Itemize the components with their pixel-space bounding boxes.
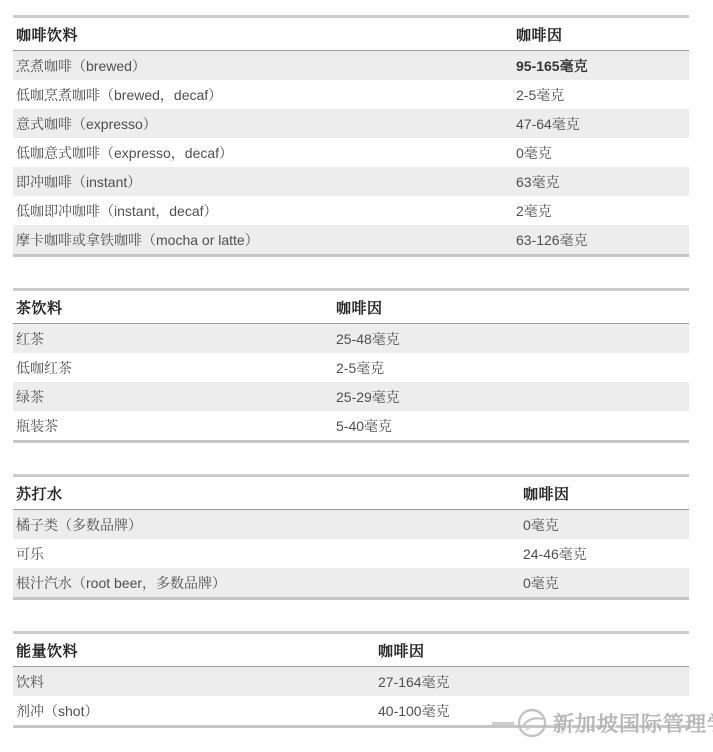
caffeine-header: 咖啡因 xyxy=(375,640,689,661)
table-row: 根汁汽水（root beer，多数品牌）0毫克 xyxy=(13,568,689,597)
drink-name-cell: 橘子类（多数品牌） xyxy=(13,515,520,535)
drink-name-cell: 根汁汽水（root beer，多数品牌） xyxy=(13,573,520,593)
drink-name-cell: 烹煮咖啡（brewed） xyxy=(13,56,513,76)
category-header: 茶饮料 xyxy=(13,297,333,318)
caffeine-value-cell: 0毫克 xyxy=(520,515,689,535)
drink-name-cell: 红茶 xyxy=(13,329,333,349)
drink-name-cell: 摩卡咖啡或拿铁咖啡（mocha or latte） xyxy=(13,230,513,250)
caffeine-value-cell: 27-164毫克 xyxy=(375,672,689,692)
caffeine-header: 咖啡因 xyxy=(513,24,689,45)
category-header: 咖啡饮料 xyxy=(13,24,513,45)
category-header: 能量饮料 xyxy=(13,640,375,661)
caffeine-header: 咖啡因 xyxy=(520,483,689,504)
table-row: 低咖红茶2-5毫克 xyxy=(13,353,689,382)
caffeine-value-cell: 0毫克 xyxy=(520,573,689,593)
drink-name-cell: 低咖即冲咖啡（instant，decaf） xyxy=(13,201,513,221)
article-page: { "page": { "background": "#ffffff", "co… xyxy=(0,0,713,752)
table-row: 可乐24-46毫克 xyxy=(13,539,689,568)
drink-name-cell: 绿茶 xyxy=(13,387,333,407)
table-row: 低咖意式咖啡（expresso，decaf）0毫克 xyxy=(13,138,689,167)
table-row: 橘子类（多数品牌）0毫克 xyxy=(13,510,689,539)
org-logo-icon xyxy=(516,707,548,739)
drink-name-cell: 低咖烹煮咖啡（brewed，decaf） xyxy=(13,85,513,105)
table-row: 摩卡咖啡或拿铁咖啡（mocha or latte）63-126毫克 xyxy=(13,225,689,254)
table-header-row: 苏打水咖啡因 xyxy=(13,477,689,510)
caffeine-table-coffee: 咖啡饮料咖啡因烹煮咖啡（brewed）95-165毫克低咖烹煮咖啡（brewed… xyxy=(13,15,689,257)
caffeine-value-cell: 63-126毫克 xyxy=(513,230,689,250)
drink-name-cell: 低咖红茶 xyxy=(13,358,333,378)
caffeine-value-cell: 25-29毫克 xyxy=(333,387,689,407)
caffeine-table-soda: 苏打水咖啡因橘子类（多数品牌）0毫克可乐24-46毫克根汁汽水（root bee… xyxy=(13,474,689,600)
table-row: 低咖即冲咖啡（instant，decaf）2毫克 xyxy=(13,196,689,225)
table-header-row: 能量饮料咖啡因 xyxy=(13,634,689,667)
caffeine-value-cell: 2-5毫克 xyxy=(513,85,689,105)
table-row: 意式咖啡（expresso）47-64毫克 xyxy=(13,109,689,138)
category-header: 苏打水 xyxy=(13,483,520,504)
table-row: 绿茶25-29毫克 xyxy=(13,382,689,411)
caffeine-header: 咖啡因 xyxy=(333,297,689,318)
caffeine-value-cell: 24-46毫克 xyxy=(520,544,689,564)
watermark-dash xyxy=(492,722,514,725)
drink-name-cell: 瓶装茶 xyxy=(13,416,333,436)
caffeine-value-cell: 5-40毫克 xyxy=(333,416,689,436)
caffeine-value-cell: 0毫克 xyxy=(513,143,689,163)
table-row: 瓶装茶5-40毫克 xyxy=(13,411,689,440)
caffeine-value-cell: 95-165毫克 xyxy=(513,56,689,76)
org-name: 新加坡国际管理学院 xyxy=(553,708,713,738)
caffeine-value-cell: 25-48毫克 xyxy=(333,329,689,349)
drink-name-cell: 可乐 xyxy=(13,544,520,564)
table-row: 即冲咖啡（instant）63毫克 xyxy=(13,167,689,196)
tables-region: 咖啡饮料咖啡因烹煮咖啡（brewed）95-165毫克低咖烹煮咖啡（brewed… xyxy=(13,15,689,728)
drink-name-cell: 饮料 xyxy=(13,672,375,692)
watermark: 新加坡国际管理学院 xyxy=(492,707,713,739)
drink-name-cell: 即冲咖啡（instant） xyxy=(13,172,513,192)
table-row: 红茶25-48毫克 xyxy=(13,324,689,353)
table-row: 饮料27-164毫克 xyxy=(13,667,689,696)
table-row: 烹煮咖啡（brewed）95-165毫克 xyxy=(13,51,689,80)
table-header-row: 咖啡饮料咖啡因 xyxy=(13,18,689,51)
table-header-row: 茶饮料咖啡因 xyxy=(13,291,689,324)
caffeine-table-tea: 茶饮料咖啡因红茶25-48毫克低咖红茶2-5毫克绿茶25-29毫克瓶装茶5-40… xyxy=(13,288,689,443)
drink-name-cell: 低咖意式咖啡（expresso，decaf） xyxy=(13,143,513,163)
caffeine-value-cell: 63毫克 xyxy=(513,172,689,192)
caffeine-value-cell: 47-64毫克 xyxy=(513,114,689,134)
table-row: 低咖烹煮咖啡（brewed，decaf）2-5毫克 xyxy=(13,80,689,109)
caffeine-value-cell: 2毫克 xyxy=(513,201,689,221)
drink-name-cell: 意式咖啡（expresso） xyxy=(13,114,513,134)
drink-name-cell: 剂冲（shot） xyxy=(13,701,375,721)
caffeine-value-cell: 2-5毫克 xyxy=(333,358,689,378)
